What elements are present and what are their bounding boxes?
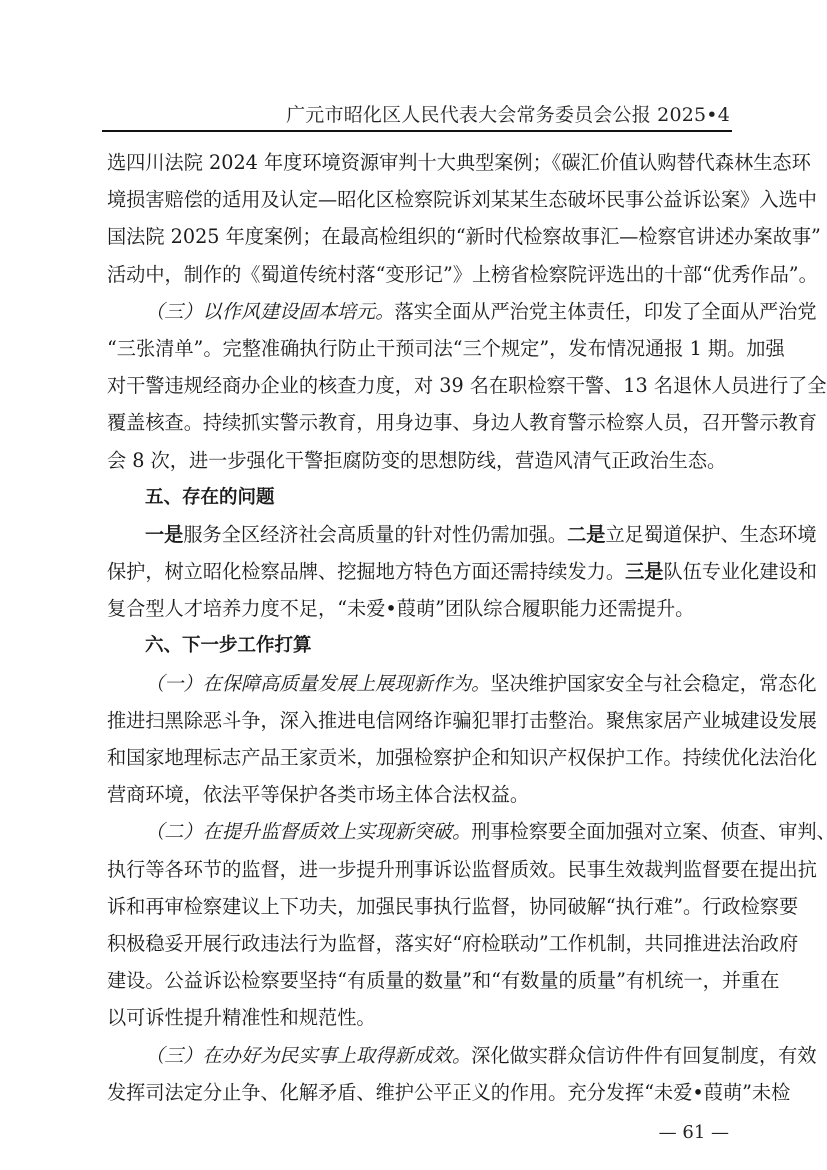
section-heading: 六、下一步工作打算 (107, 633, 729, 670)
subsection-title: （一）在保障高质量发展上展现新作为。 (145, 672, 490, 695)
text-run: 刑事检察要全面加强对立案、侦查、审判、 (471, 820, 827, 843)
text-line: 复合型人才培养力度不足，“未爱•葭萌”团队综合履职能力还需提升。 (107, 596, 729, 633)
text-line: （三）以作风建设固本培元。落实全面从严治党主体责任，印发了全面从严治党 (107, 299, 729, 336)
text-run: 坚决维护国家安全与社会稳定，常态化 (490, 672, 816, 695)
text-line: 以可诉性提升精准性和规范性。 (107, 1005, 729, 1042)
text-line: （二）在提升监督质效上实现新突破。刑事检察要全面加强对立案、侦查、审判、 (107, 819, 729, 856)
lead-term: 二是 (567, 523, 605, 546)
text-line: 发挥司法定分止争、化解矛盾、维护公平正义的作用。充分发挥“未爱•葭萌”未检 (107, 1080, 729, 1117)
page-number: — 61 — (659, 1122, 729, 1143)
text-line: 和国家地理标志产品王家贡米，加强检察护企和知识产权保护工作。持续优化法治化 (107, 745, 729, 782)
document-body: 选四川法院 2024 年度环境资源审判十大典型案例；《碳汇价值认购替代森林生态环… (107, 150, 729, 1117)
text-line: 活动中，制作的《蜀道传统村落“变形记”》上榜省检察院评选出的十部“优秀作品”。 (107, 262, 729, 299)
text-run: 服务全区经济社会高质量的针对性仍需加强。 (183, 523, 567, 546)
lead-term: 一是 (145, 523, 183, 546)
text-line: 积极稳妥开展行政违法行为监督，落实好“府检联动”工作机制，共同推进法治政府 (107, 931, 729, 968)
page-header: 广元市昭化区人民代表大会常务委员会公报 2025•4 (102, 104, 732, 132)
text-run: 立足蜀道保护、生态环境 (606, 523, 817, 546)
subsection-title: （三）以作风建设固本培元。 (145, 300, 394, 323)
text-line: 覆盖核查。持续抓实警示教育，用身边事、身边人教育警示检察人员，召开警示教育 (107, 410, 729, 447)
text-line: 营商环境，依法平等保护各类市场主体合法权益。 (107, 782, 729, 819)
text-line: 执行等各环节的监督，进一步提升刑事诉讼监督质效。民事生效裁判监督要在提出抗 (107, 857, 729, 894)
section-heading: 五、存在的问题 (107, 485, 729, 522)
text-run: 保护，树立昭化检察品牌、挖掘地方特色方面还需持续发力。 (107, 560, 625, 583)
bulletin-title: 广元市昭化区人民代表大会常务委员会公报 2025•4 (286, 104, 730, 126)
text-line: （三）在办好为民实事上取得新成效。深化做实群众信访件件有回复制度，有效 (107, 1043, 729, 1080)
text-line: 一是服务全区经济社会高质量的针对性仍需加强。二是立足蜀道保护、生态环境 (107, 522, 729, 559)
text-line: 国法院 2025 年度案例；在最高检组织的“新时代检察故事汇—检察官讲述办案故事… (107, 224, 729, 261)
text-line: 选四川法院 2024 年度环境资源审判十大典型案例；《碳汇价值认购替代森林生态环 (107, 150, 729, 187)
lead-term: 三是 (625, 560, 663, 583)
text-line: 会 8 次，进一步强化干警拒腐防变的思想防线，营造风清气正政治生态。 (107, 448, 729, 485)
text-line: “三张清单”。完整准确执行防止干预司法“三个规定”，发布情况通报 1 期。加强 (107, 336, 729, 373)
subsection-title: （二）在提升监督质效上实现新突破。 (145, 820, 471, 843)
text-run: 深化做实群众信访件件有回复制度，有效 (471, 1044, 816, 1067)
text-line: （一）在保障高质量发展上展现新作为。坚决维护国家安全与社会稳定，常态化 (107, 671, 729, 708)
text-run: 落实全面从严治党主体责任，印发了全面从严治党 (394, 300, 816, 323)
text-line: 推进扫黑除恶斗争，深入推进电信网络诈骗犯罪打击整治。聚焦家居产业城建设发展 (107, 708, 729, 745)
text-line: 建设。公益诉讼检察要坚持“有质量的数量”和“有数量的质量”有机统一，并重在 (107, 968, 729, 1005)
subsection-title: （三）在办好为民实事上取得新成效。 (145, 1044, 471, 1067)
text-run: 队伍专业化建设和 (663, 560, 817, 583)
text-line: 诉和再审检察建议上下功夫，加强民事执行监督，协同破解“执行难”。行政检察要 (107, 894, 729, 931)
text-line: 保护，树立昭化检察品牌、挖掘地方特色方面还需持续发力。三是队伍专业化建设和 (107, 559, 729, 596)
text-line: 境损害赔偿的适用及认定—昭化区检察院诉刘某某生态破坏民事公益诉讼案》入选中 (107, 187, 729, 224)
text-line: 对干警违规经商办企业的核查力度，对 39 名在职检察干警、13 名退休人员进行了… (107, 373, 729, 410)
